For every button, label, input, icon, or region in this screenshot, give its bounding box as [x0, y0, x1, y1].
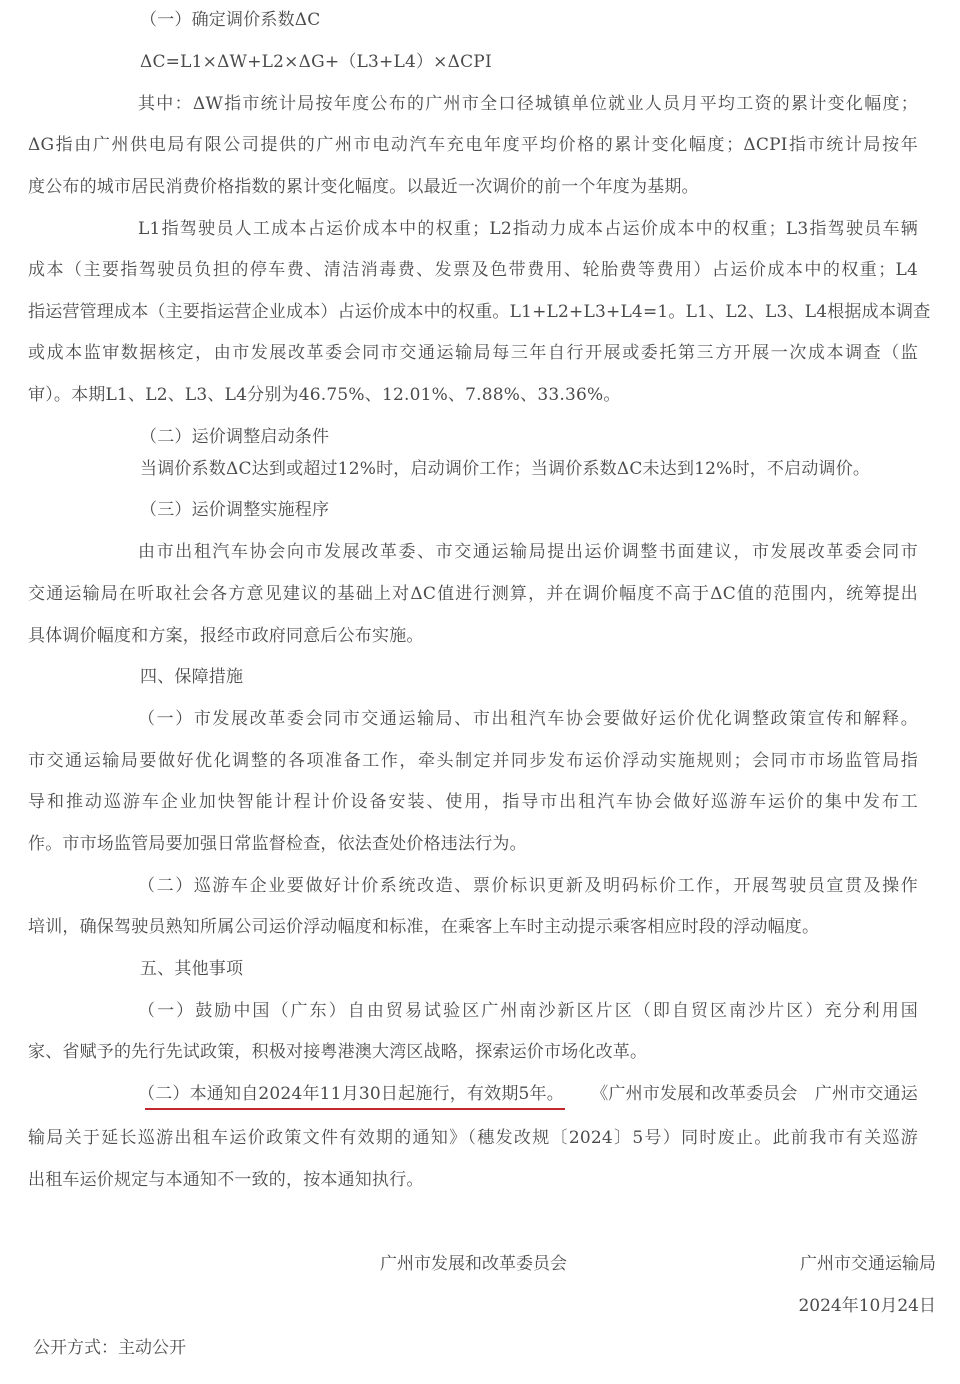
text-line: 指运营管理成本（主要指运营企业成本）占运价成本中的权重。L1+L2+L3+L4=…: [28, 300, 918, 324]
text-line: （一）市发展改革委会同市交通运输局、市出租汽车协会要做好运价优化调整政策宣传和解…: [138, 707, 918, 731]
text-line: 输局关于延长巡游出租车运价政策文件有效期的通知》（穗发改规〔2024〕5号）同时…: [28, 1126, 918, 1150]
text-line: （二）本通知自2024年11月30日起施行，有效期5年。 《广州市发展和改革委员…: [138, 1082, 918, 1106]
red-underline: [145, 1108, 565, 1110]
effective-date-highlight: （二）本通知自2024年11月30日起施行，有效期5年。: [138, 1082, 564, 1106]
text-line: 出租车运价规定与本通知不一致的，按本通知执行。: [28, 1168, 918, 1192]
text-line: 导和推动巡游车企业加快智能计程计价设备安装、使用，指导市出租汽车协会做好巡游车运…: [28, 790, 918, 814]
section-heading-trigger: （二）运价调整启动条件: [140, 425, 329, 449]
text-line: L1指驾驶员人工成本占运价成本中的权重；L2指动力成本占运价成本中的权重；L3指…: [138, 217, 918, 241]
text-line: （一）鼓励中国（广东）自由贸易试验区广州南沙新区片区（即自贸区南沙片区）充分利用…: [138, 999, 918, 1023]
text-line: 培训，确保驾驶员熟知所属公司运价浮动幅度和标准，在乘客上车时主动提示乘客相应时段…: [28, 915, 918, 939]
section-heading-safeguards: 四、保障措施: [140, 665, 243, 689]
text-line: 交通运输局在听取社会各方意见建议的基础上对ΔC值进行测算，并在调价幅度不高于ΔC…: [28, 582, 918, 606]
section-heading-other-matters: 五、其他事项: [140, 957, 243, 981]
section-heading-procedure: （三）运价调整实施程序: [140, 498, 329, 522]
text-line: （二）巡游车企业要做好计价系统改造、票价标识更新及明码标价工作，开展驾驶员宣贯及…: [138, 874, 918, 898]
text-line: 其中：ΔW指市统计局按年度公布的广州市全口径城镇单位就业人员月平均工资的累计变化…: [138, 92, 918, 116]
text-line: 度公布的城市居民消费价格指数的累计变化幅度。以最近一次调价的前一个年度为基期。: [28, 175, 918, 199]
signature-org-ndrc: 广州市发展和改革委员会: [380, 1252, 567, 1276]
text-line: 具体调价幅度和方案，报经市政府同意后公布实施。: [28, 624, 918, 648]
signature-date: 2024年10月24日: [798, 1294, 936, 1318]
text-line: 市交通运输局要做好优化调整的各项准备工作，牵头制定并同步发布运价浮动实施规则；会…: [28, 749, 918, 773]
signature-org-transport: 广州市交通运输局: [800, 1252, 936, 1276]
paragraph-trigger: 当调价系数ΔC达到或超过12%时，启动调价工作；当调价系数ΔC未达到12%时，不…: [140, 457, 870, 481]
text-line: ΔG指由广州供电局有限公司提供的广州市电动汽车充电年度平均价格的累计变化幅度；Δ…: [28, 133, 918, 157]
section-heading-determine-coefficient: （一）确定调价系数ΔC: [140, 8, 320, 32]
disclosure-method: 公开方式：主动公开: [33, 1336, 186, 1360]
text-line: 家、省赋予的先行先试政策，积极对接粤港澳大湾区战略，探索运价市场化改革。: [28, 1040, 918, 1064]
formula: ΔC=L1×ΔW+L2×ΔG+（L3+L4）×ΔCPI: [140, 50, 492, 74]
repealed-document-title-start: 《广州市发展和改革委员会 广州市交通运: [591, 1082, 918, 1106]
text-line: 由市出租汽车协会向市发展改革委、市交通运输局提出运价调整书面建议，市发展改革委会…: [138, 540, 918, 564]
text-line: 或成本监审数据核定，由市发展改革委会同市交通运输局每三年自行开展或委托第三方开展…: [28, 341, 918, 365]
text-line: 成本（主要指驾驶员负担的停车费、清洁消毒费、发票及色带费用、轮胎费等费用）占运价…: [28, 258, 918, 282]
text-line: 作。市市场监管局要加强日常监督检查，依法查处价格违法行为。: [28, 832, 918, 856]
text-line: 审）。本期L1、L2、L3、L4分别为46.75%、12.01%、7.88%、3…: [28, 383, 918, 407]
